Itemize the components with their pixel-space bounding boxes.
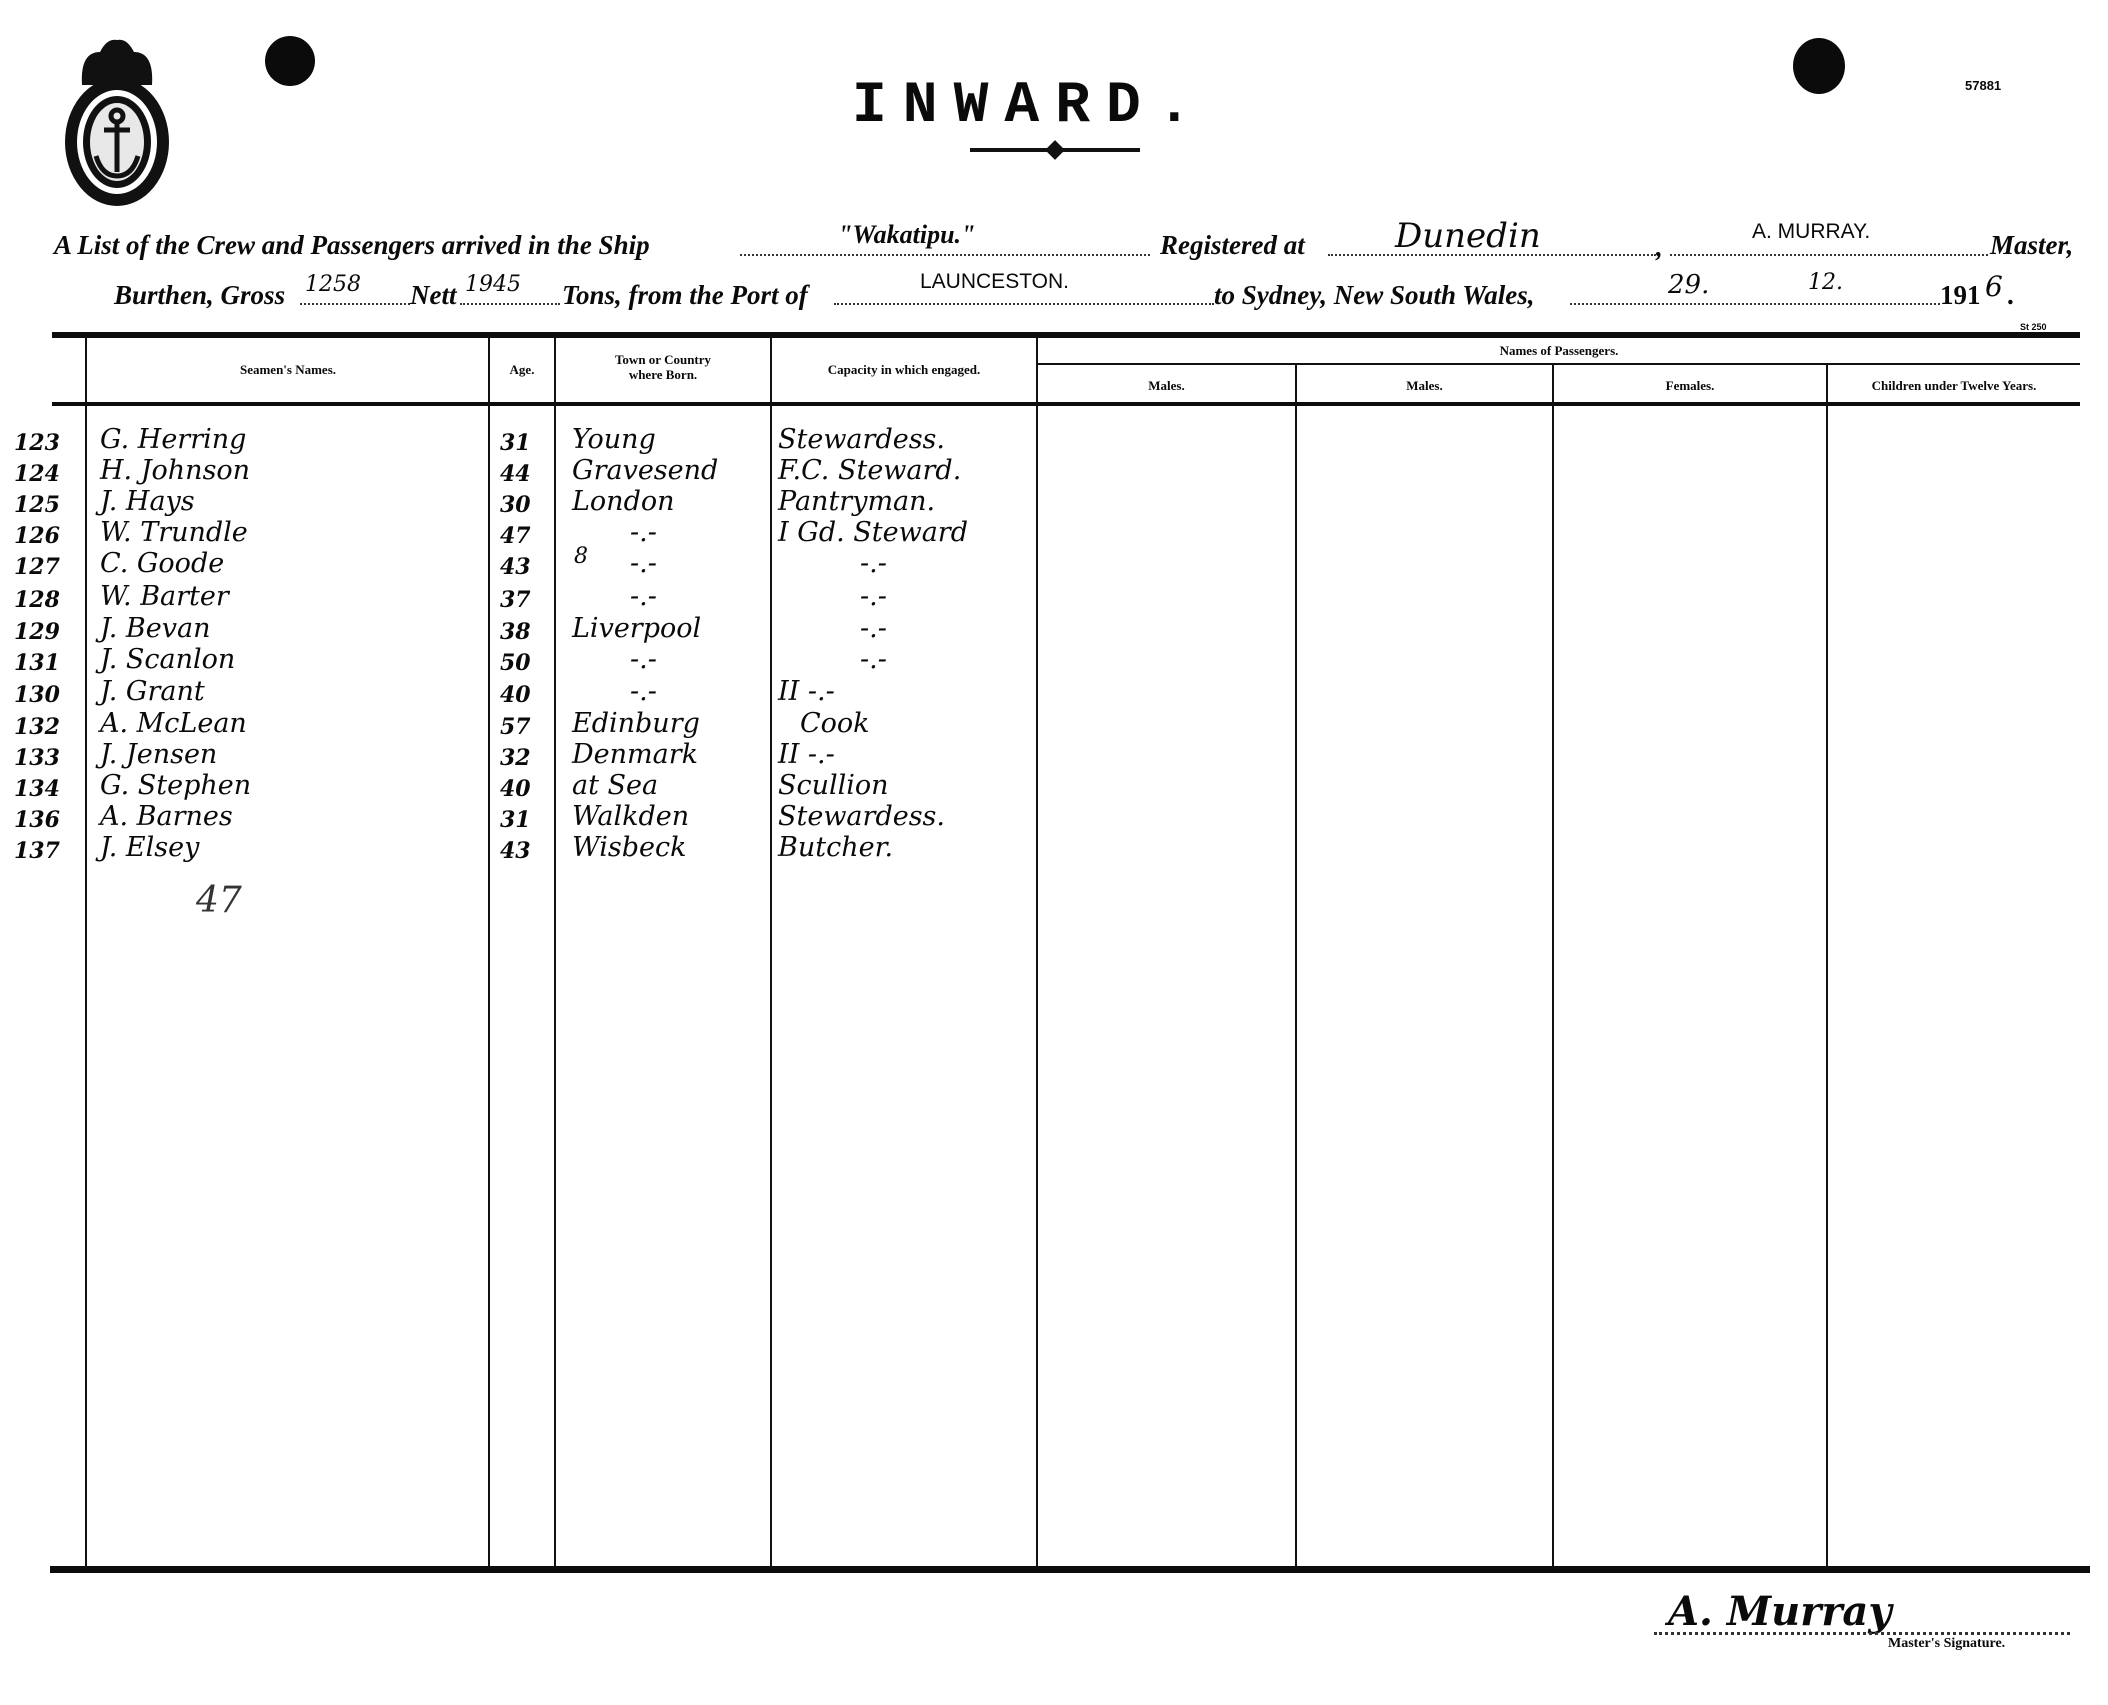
- seaman-age: 32: [500, 745, 531, 771]
- seaman-name: A. Barnes: [100, 801, 233, 832]
- anchor-crown-seal-icon: [52, 30, 182, 210]
- header-females: Females.: [1554, 378, 1826, 393]
- seaman-name: H. Johnson: [100, 455, 250, 486]
- col-divider-males2: [1295, 365, 1297, 1568]
- master-label: Master,: [1990, 230, 2073, 261]
- seaman-age: 43: [500, 554, 531, 580]
- ship-name: "Wakatipu.": [838, 220, 975, 250]
- seaman-name: J. Bevan: [100, 613, 210, 644]
- passenger-group-rule: [1038, 363, 2080, 365]
- date-day: 29.: [1668, 270, 1709, 300]
- seaman-birthplace: -.-: [630, 644, 657, 675]
- seaman-capacity: I Gd. Steward: [778, 517, 968, 548]
- header-capacity: Capacity in which engaged.: [772, 362, 1036, 377]
- seaman-age: 47: [500, 523, 531, 549]
- seaman-birthplace: Liverpool: [572, 613, 701, 644]
- row-number: 131: [14, 650, 74, 676]
- seaman-birthplace: Wisbeck: [572, 832, 687, 863]
- punch-hole-right: [1793, 38, 1845, 94]
- header-age: Age.: [490, 362, 554, 377]
- seaman-birthplace: London: [572, 486, 675, 517]
- date-year-hand: 6: [1985, 270, 2003, 303]
- date-field-line: [1570, 303, 1940, 305]
- seaman-name: A. McLean: [100, 708, 247, 739]
- seaman-age: 40: [500, 682, 531, 708]
- row-number: 133: [14, 745, 74, 771]
- seaman-birthplace: at Sea: [572, 770, 658, 801]
- title-ornament: [970, 148, 1140, 152]
- row-number: 137: [14, 838, 74, 864]
- seaman-birthplace: Walkden: [572, 801, 689, 832]
- seaman-capacity: Cook: [800, 708, 870, 739]
- seaman-name: C. Goode: [100, 548, 224, 579]
- seaman-birthplace: Gravesend: [572, 455, 718, 486]
- seaman-capacity: -.-: [860, 644, 887, 675]
- row-number: 136: [14, 807, 74, 833]
- tons-from-label: Tons, from the Port of: [562, 280, 808, 311]
- seaman-age: 40: [500, 776, 531, 802]
- col-divider-capacity: [770, 336, 772, 1568]
- col-divider-born: [554, 336, 556, 1568]
- row-number: 132: [14, 714, 74, 740]
- to-sydney-label: to Sydney, New South Wales,: [1214, 280, 1535, 311]
- burthen-label: Burthen, Gross: [114, 280, 285, 311]
- header-bottom-rule: [52, 402, 2080, 406]
- from-port-field-line: [834, 303, 1214, 305]
- seaman-birthplace: -.-: [630, 581, 657, 612]
- seaman-name: G. Stephen: [100, 770, 251, 801]
- row-number: 129: [14, 619, 74, 645]
- header-born-line2: where Born.: [556, 367, 770, 382]
- date-month: 12.: [1808, 270, 1843, 295]
- master-name: A. MURRAY.: [1752, 220, 1870, 244]
- col-divider-females: [1552, 365, 1554, 1568]
- master-signature: A. Murray: [1668, 1588, 1892, 1635]
- nett-label: Nett: [410, 280, 457, 311]
- seaman-capacity: Stewardess.: [778, 424, 945, 455]
- seaman-birthplace: Edinburg: [572, 708, 700, 739]
- row-number: 130: [14, 682, 74, 708]
- ditto-mark: 8: [574, 544, 588, 569]
- col-divider-names: [85, 336, 87, 1568]
- seaman-name: W. Barter: [100, 581, 229, 612]
- seaman-capacity: -.-: [860, 613, 887, 644]
- signature-label: Master's Signature.: [1888, 1636, 2005, 1652]
- crew-count-annotation: 47: [196, 880, 242, 921]
- seaman-age: 37: [500, 587, 531, 613]
- registered-port: Dunedin: [1395, 216, 1541, 256]
- seaman-age: 44: [500, 461, 531, 487]
- header-males-1: Males.: [1038, 378, 1295, 393]
- seaman-name: W. Trundle: [100, 517, 248, 548]
- seaman-name: J. Hays: [100, 486, 195, 517]
- form-number: 57881: [1965, 78, 2001, 93]
- seaman-name: J. Jensen: [100, 739, 217, 770]
- col-divider-children: [1826, 365, 1828, 1568]
- seaman-capacity: II -.-: [778, 676, 835, 707]
- page-title: INWARD.: [852, 74, 1208, 139]
- header-born-line1: Town or Country: [556, 352, 770, 367]
- nett-tons: 1945: [465, 272, 521, 297]
- seaman-age: 50: [500, 650, 531, 676]
- row-number: 124: [14, 461, 74, 487]
- seaman-age: 30: [500, 492, 531, 518]
- seaman-capacity: II -.-: [778, 739, 835, 770]
- seaman-age: 38: [500, 619, 531, 645]
- seaman-age: 31: [500, 807, 531, 833]
- table-bottom-rule: [50, 1566, 2090, 1573]
- row-number: 127: [14, 554, 74, 580]
- signature-line: [1654, 1632, 2070, 1635]
- date-year-printed: 191: [1940, 280, 1981, 311]
- nett-field-line: [460, 303, 560, 305]
- gross-tons: 1258: [305, 272, 361, 297]
- seaman-capacity: Butcher.: [778, 832, 893, 863]
- header-seamen-names: Seamen's Names.: [88, 362, 488, 377]
- col-divider-age: [488, 336, 490, 1568]
- registered-label: Registered at: [1160, 230, 1305, 261]
- seaman-birthplace: -.-: [630, 548, 657, 579]
- list-intro-label: A List of the Crew and Passengers arrive…: [54, 230, 650, 261]
- seaman-name: J. Elsey: [100, 832, 199, 863]
- row-number: 125: [14, 492, 74, 518]
- seaman-capacity: -.-: [860, 548, 887, 579]
- seaman-capacity: Stewardess.: [778, 801, 945, 832]
- row-number: 123: [14, 430, 74, 456]
- seaman-age: 43: [500, 838, 531, 864]
- row-number: 128: [14, 587, 74, 613]
- form-code: St 250: [2020, 322, 2047, 332]
- master-field-line: [1670, 254, 1988, 256]
- seaman-birthplace: -.-: [630, 517, 657, 548]
- seaman-capacity: -.-: [860, 581, 887, 612]
- seaman-name: J. Grant: [100, 676, 205, 707]
- seaman-birthplace: Young: [572, 424, 656, 455]
- seaman-age: 31: [500, 430, 531, 456]
- header-children: Children under Twelve Years.: [1828, 378, 2080, 393]
- from-port: LAUNCESTON.: [920, 270, 1069, 294]
- seaman-name: J. Scanlon: [100, 644, 235, 675]
- seaman-age: 57: [500, 714, 531, 740]
- gross-field-line: [300, 303, 410, 305]
- seaman-birthplace: -.-: [630, 676, 657, 707]
- punch-hole-left: [265, 36, 315, 86]
- seaman-capacity: F.C. Steward.: [778, 455, 961, 486]
- seaman-capacity: Scullion: [778, 770, 889, 801]
- period: .: [2008, 280, 2015, 311]
- ship-name-field-line: [740, 254, 1150, 256]
- seaman-name: G. Herring: [100, 424, 246, 455]
- table-top-rule: [52, 332, 2080, 338]
- header-passengers-group: Names of Passengers.: [1038, 343, 2080, 358]
- seaman-birthplace: Denmark: [572, 739, 698, 770]
- header-males-2: Males.: [1297, 378, 1552, 393]
- row-number: 126: [14, 523, 74, 549]
- seaman-capacity: Pantryman.: [778, 486, 935, 517]
- row-number: 134: [14, 776, 74, 802]
- comma: ,: [1656, 232, 1663, 263]
- col-divider-passengers: [1036, 336, 1038, 1568]
